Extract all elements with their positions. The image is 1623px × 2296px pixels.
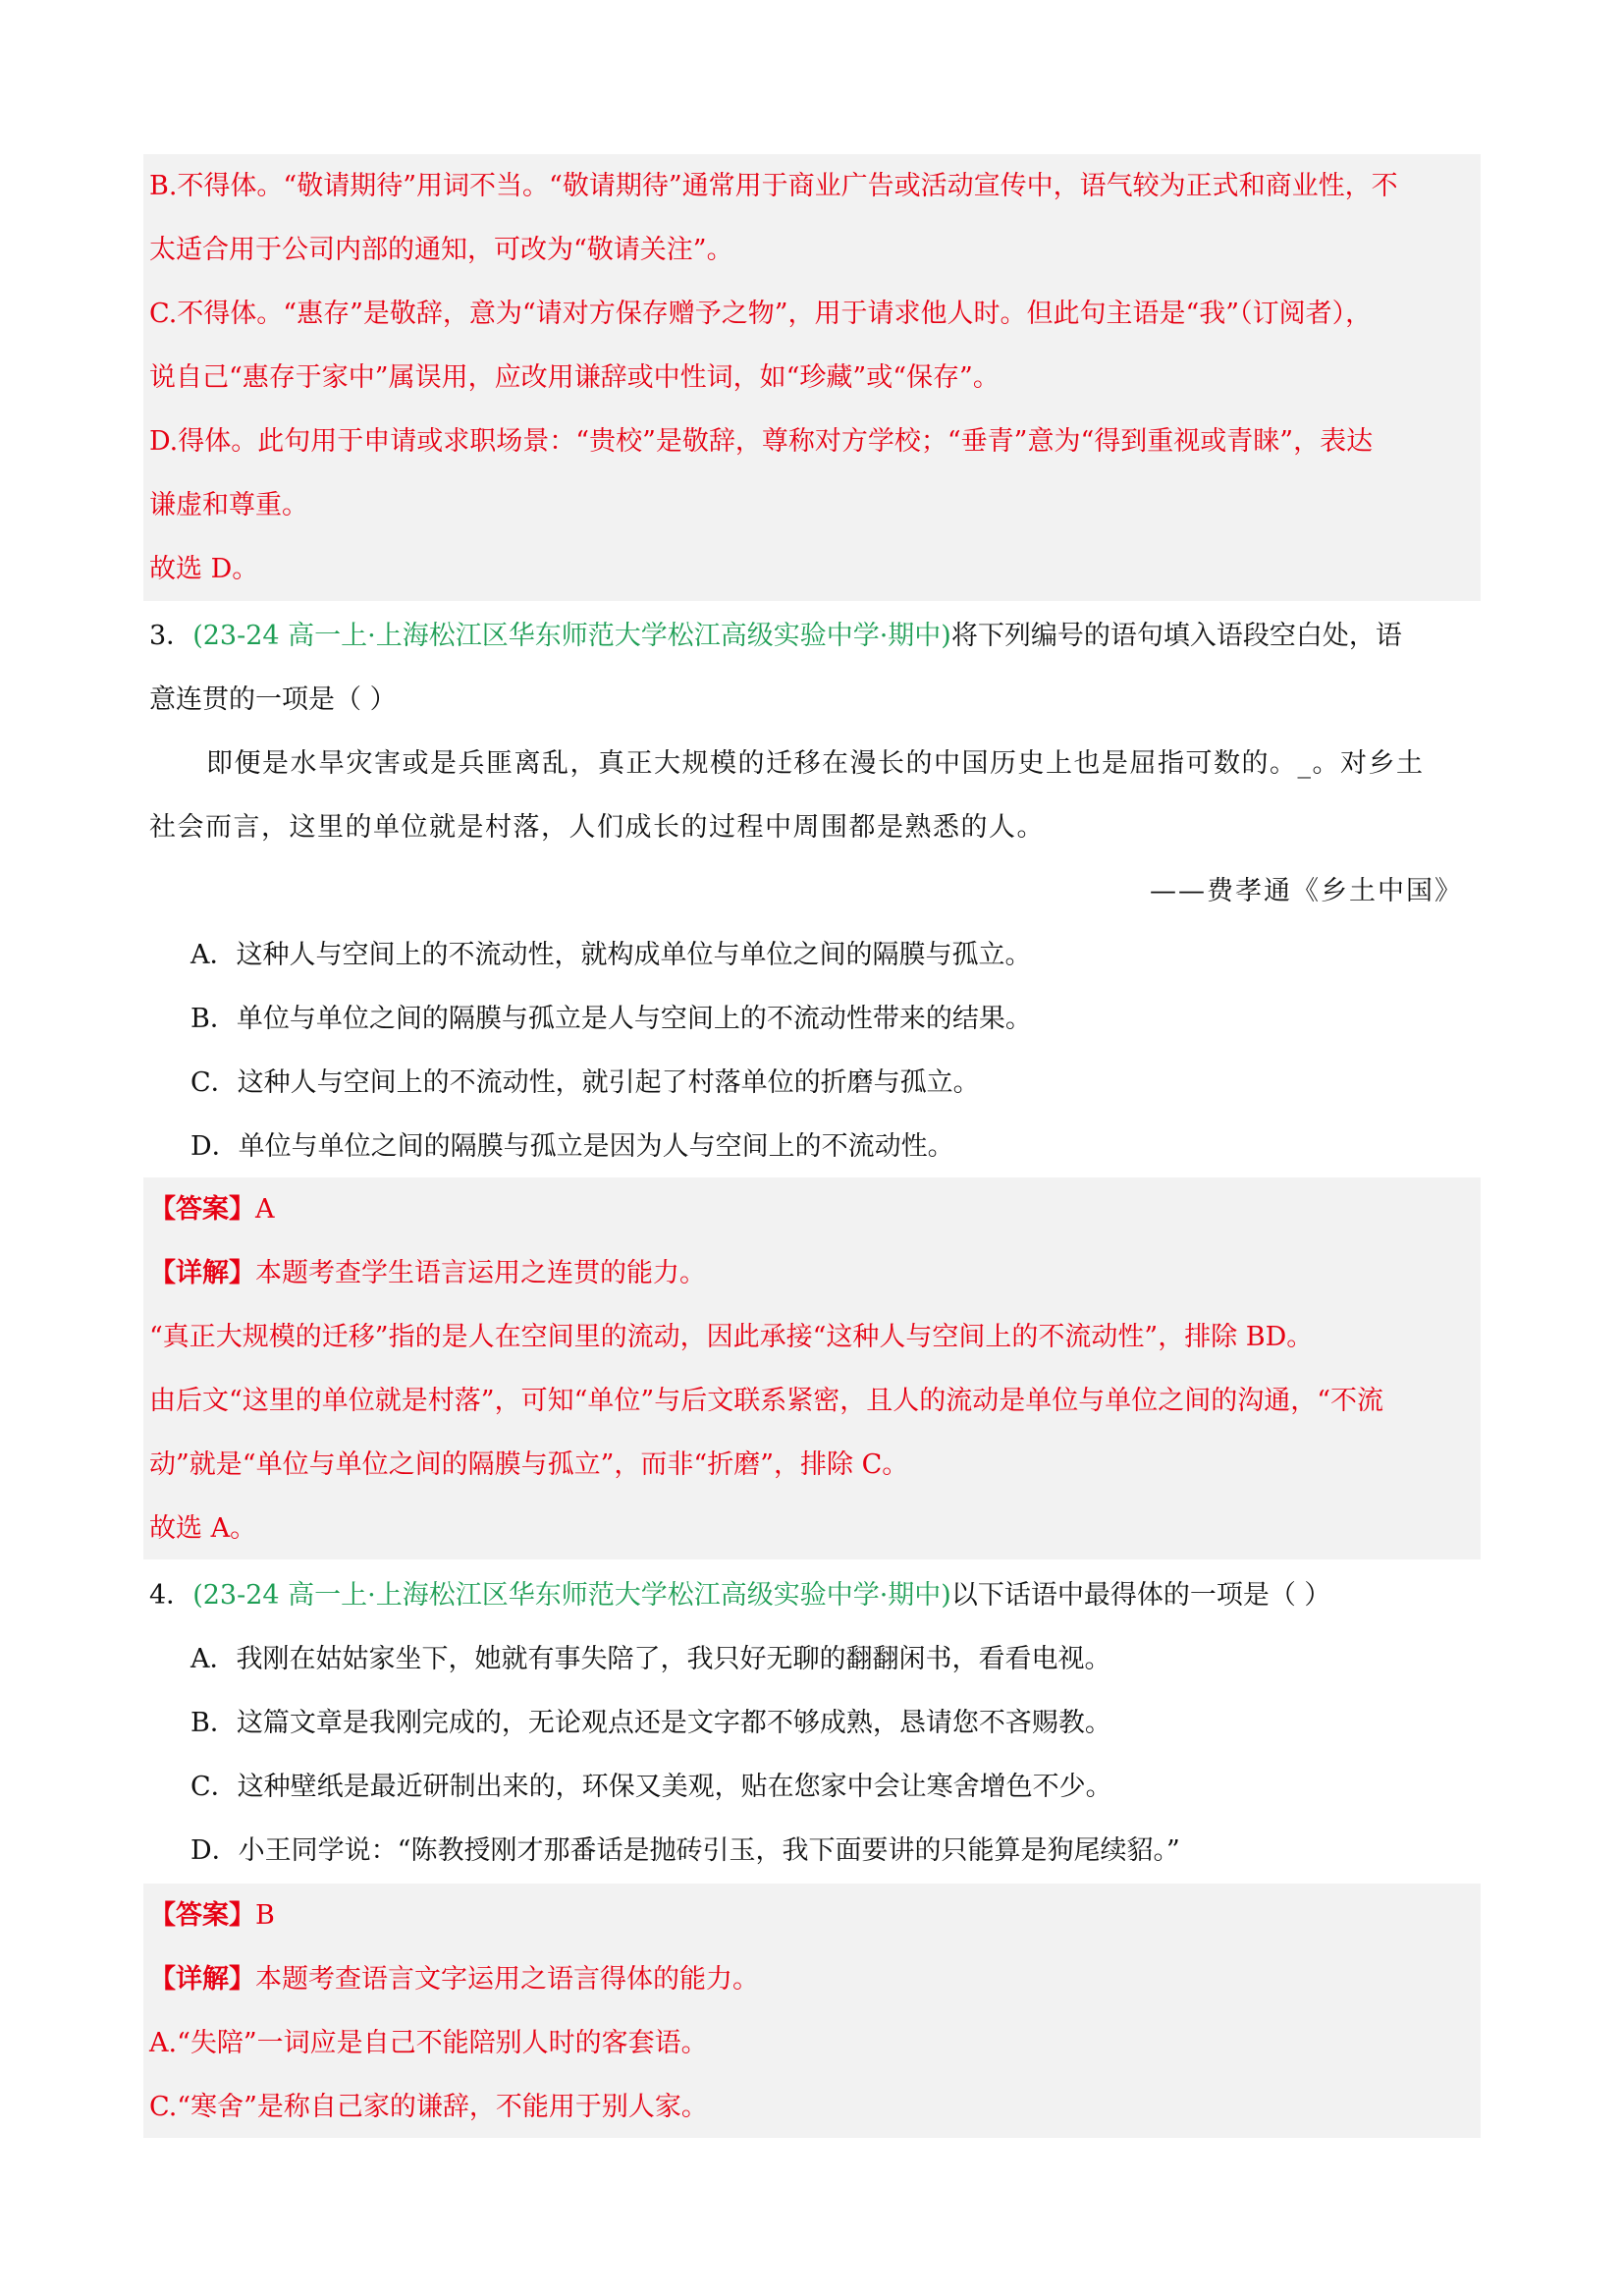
answer-line: 【答案】A xyxy=(149,1177,1475,1241)
passage-line: 社会而言，这里的单位就是村落，人们成长的过程中周围都是熟悉的人。 xyxy=(149,795,1481,859)
reading-passage: 即便是水旱灾害或是兵匪离乱，真正大规模的迁移在漫长的中国历史上也是屈指可数的。_… xyxy=(143,732,1481,923)
explanation-line: 动”就是“单位与单位之间的隔膜与孤立”，而非“折磨”，排除 C。 xyxy=(149,1433,1475,1497)
explanation-line: 太适合用于公司内部的通知，可改为“敬请关注”。 xyxy=(149,218,1475,282)
explanation-line: 谦虚和尊重。 xyxy=(149,473,1475,537)
conclusion-line: 故选 D。 xyxy=(149,537,1475,601)
detail-intro: 本题考查语言文字运用之语言得体的能力。 xyxy=(255,1964,759,1995)
detail-label: 【详解】 xyxy=(149,1964,255,1995)
question-number: 4． xyxy=(149,1580,192,1611)
detail-intro: 本题考查学生语言运用之连贯的能力。 xyxy=(255,1258,706,1288)
explanation-line: A.“失陪”一词应是自己不能陪别人时的客套语。 xyxy=(149,2011,1475,2075)
answer-box-q3: 【答案】A 【详解】本题考查学生语言运用之连贯的能力。 “真正大规模的迁移”指的… xyxy=(143,1177,1481,1559)
option-b: B．单位与单位之间的隔膜与孤立是人与空间上的不流动性带来的结果。 xyxy=(143,987,1481,1051)
explanation-line: D.得体。此句用于申请或求职场景：“贵校”是敬辞，尊称对方学校；“垂青”意为“得… xyxy=(149,410,1475,473)
explanation-line: C.不得体。“惠存”是敬辞，意为“请对方保存赠予之物”，用于请求他人时。但此句主… xyxy=(149,282,1475,346)
passage-line: 即便是水旱灾害或是兵匪离乱，真正大规模的迁移在漫长的中国历史上也是屈指可数的。_… xyxy=(149,732,1481,795)
option-a: A．我刚在姑姑家坐下，她就有事失陪了，我只好无聊的翻翻闲书，看看电视。 xyxy=(143,1627,1481,1691)
answer-value: A xyxy=(255,1194,275,1225)
detail-line: 【详解】本题考查语言文字运用之语言得体的能力。 xyxy=(149,1947,1475,2011)
explanation-line: B.不得体。“敬请期待”用词不当。“敬请期待”通常用于商业广告或活动宣传中，语气… xyxy=(149,154,1475,218)
question-3: 3．(23-24 高一上·上海松江区华东师范大学松江高级实验中学·期中)将下列编… xyxy=(143,604,1481,732)
document-page: B.不得体。“敬请期待”用词不当。“敬请期待”通常用于商业广告或活动宣传中，语气… xyxy=(143,154,1481,2138)
option-d: D．单位与单位之间的隔膜与孤立是因为人与空间上的不流动性。 xyxy=(143,1115,1481,1178)
question-source: (23-24 高一上·上海松江区华东师范大学松江高级实验中学·期中) xyxy=(192,1580,951,1611)
explanation-line: “真正大规模的迁移”指的是人在空间里的流动，因此承接“这种人与空间上的不流动性”… xyxy=(149,1305,1475,1369)
question-stem: 3．(23-24 高一上·上海松江区华东师范大学松江高级实验中学·期中)将下列编… xyxy=(149,604,1481,668)
detail-line: 【详解】本题考查学生语言运用之连贯的能力。 xyxy=(149,1241,1475,1305)
question-stem-text: 以下话语中最得体的一项是（ ） xyxy=(951,1580,1331,1611)
option-d: D．小王同学说：“陈教授刚才那番话是抛砖引玉，我下面要讲的只能算是狗尾续貂。” xyxy=(143,1819,1481,1883)
conclusion-line: 故选 A。 xyxy=(149,1497,1475,1560)
option-a: A．这种人与空间上的不流动性，就构成单位与单位之间的隔膜与孤立。 xyxy=(143,923,1481,987)
question-4: 4．(23-24 高一上·上海松江区华东师范大学松江高级实验中学·期中)以下话语… xyxy=(143,1563,1481,1627)
answer-line: 【答案】B xyxy=(149,1884,1475,1947)
answer-label: 【答案】 xyxy=(149,1194,255,1225)
question-stem-text: 将下列编号的语句填入语段空白处，语 xyxy=(951,621,1402,651)
passage-attribution: ——费孝通《乡土中国》 xyxy=(149,859,1481,923)
answer-value: B xyxy=(255,1900,275,1931)
explanation-line: 由后文“这里的单位就是村落”，可知“单位”与后文联系紧密，且人的流动是单位与单位… xyxy=(149,1369,1475,1433)
option-c: C．这种人与空间上的不流动性，就引起了村落单位的折磨与孤立。 xyxy=(143,1051,1481,1115)
explanation-line: 说自己“惠存于家中”属误用，应改用谦辞或中性词，如“珍藏”或“保存”。 xyxy=(149,346,1475,410)
question-3-options: A．这种人与空间上的不流动性，就构成单位与单位之间的隔膜与孤立。 B．单位与单位… xyxy=(143,923,1481,1178)
question-stem-continued: 意连贯的一项是（ ） xyxy=(149,668,1481,732)
answer-box-q4: 【答案】B 【详解】本题考查语言文字运用之语言得体的能力。 A.“失陪”一词应是… xyxy=(143,1884,1481,2138)
option-c: C．这种壁纸是最近研制出来的，环保又美观，贴在您家中会让寒舍增色不少。 xyxy=(143,1755,1481,1819)
answer-label: 【答案】 xyxy=(149,1900,255,1931)
detail-label: 【详解】 xyxy=(149,1258,255,1288)
question-source: (23-24 高一上·上海松江区华东师范大学松江高级实验中学·期中) xyxy=(192,621,951,651)
option-b: B．这篇文章是我刚完成的，无论观点还是文字都不够成熟，恳请您不吝赐教。 xyxy=(143,1691,1481,1755)
question-4-options: A．我刚在姑姑家坐下，她就有事失陪了，我只好无聊的翻翻闲书，看看电视。 B．这篇… xyxy=(143,1627,1481,1883)
question-stem: 4．(23-24 高一上·上海松江区华东师范大学松江高级实验中学·期中)以下话语… xyxy=(149,1563,1481,1627)
explanation-line: C.“寒舍”是称自己家的谦辞，不能用于别人家。 xyxy=(149,2075,1475,2139)
question-number: 3． xyxy=(149,621,192,651)
answer-box-q2-continued: B.不得体。“敬请期待”用词不当。“敬请期待”通常用于商业广告或活动宣传中，语气… xyxy=(143,154,1481,601)
